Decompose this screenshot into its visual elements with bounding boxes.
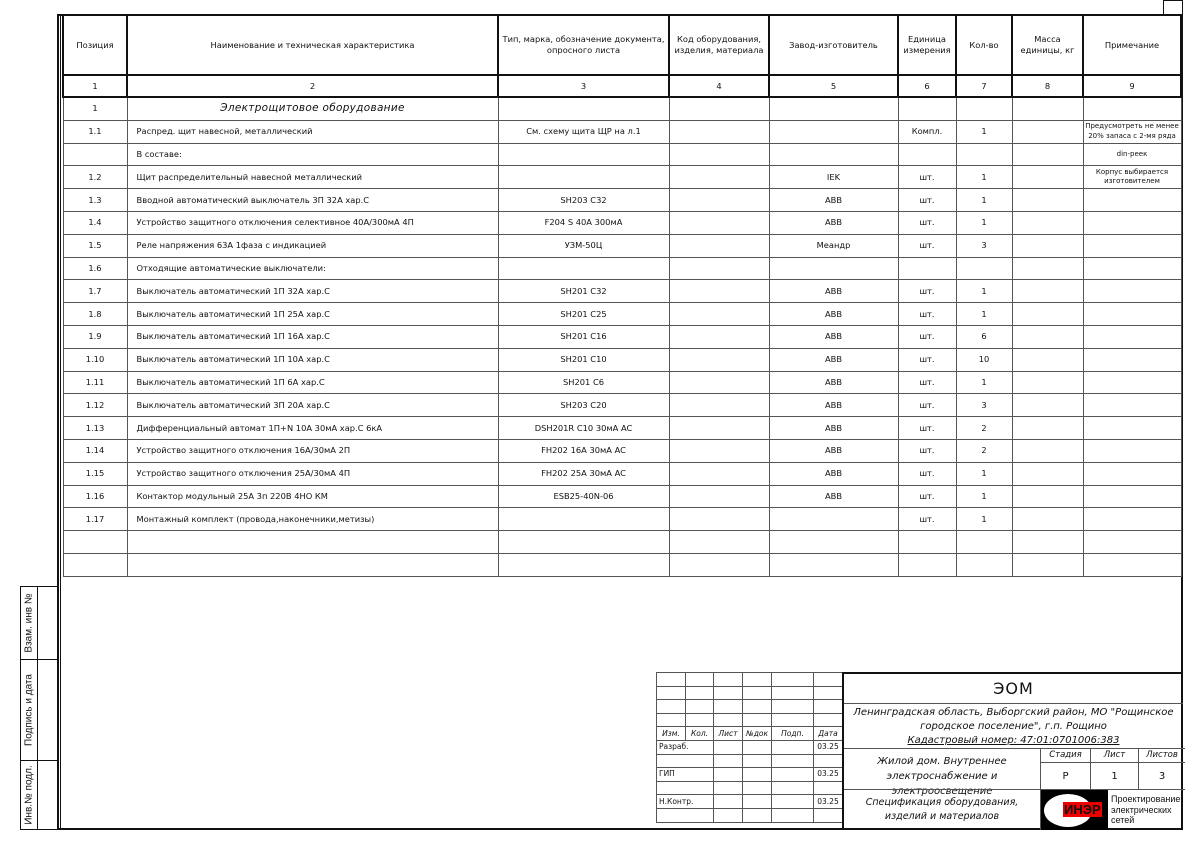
- note-cell: [1083, 325, 1181, 348]
- maker-cell: IEK: [769, 166, 898, 189]
- maker-cell: ABB: [769, 303, 898, 326]
- signature-cell: [772, 781, 814, 795]
- mass-cell: [1012, 234, 1083, 257]
- note-cell: [1083, 462, 1181, 485]
- name-cell: [127, 553, 498, 576]
- unit-cell: шт.: [898, 234, 956, 257]
- revision-cell: [686, 700, 714, 714]
- type-cell: SH203 C20: [498, 394, 669, 417]
- revision-cell: [772, 686, 814, 700]
- table-row: 1.2Щит распределительный навесной металл…: [63, 166, 1181, 189]
- type-cell: SH201 C16: [498, 325, 669, 348]
- column-header: Тип, марка, обозначение документа, опрос…: [498, 15, 669, 75]
- maker-cell: ABB: [769, 189, 898, 212]
- name-cell: Выключатель автоматический 1П 16А хар.С: [127, 325, 498, 348]
- type-cell: [498, 508, 669, 531]
- revision-cell: [686, 673, 714, 687]
- code-cell: [669, 97, 769, 120]
- mass-cell: [1012, 143, 1083, 166]
- note-cell: [1083, 439, 1181, 462]
- object-name: Жилой дом. Внутреннее электроснабжение и…: [844, 748, 1041, 789]
- note-cell: [1083, 234, 1181, 257]
- unit-cell: шт.: [898, 348, 956, 371]
- maker-cell: [769, 120, 898, 143]
- mass-cell: [1012, 485, 1083, 508]
- type-cell: [498, 143, 669, 166]
- note-cell: [1083, 485, 1181, 508]
- signature-cell: [743, 808, 772, 822]
- sheets-cell: Листов 3: [1139, 748, 1185, 789]
- mass-cell: [1012, 211, 1083, 234]
- maker-cell: ABB: [769, 280, 898, 303]
- position-cell: 1: [63, 97, 127, 120]
- type-cell: ESB25-40N-06: [498, 485, 669, 508]
- title-block: Изм.Кол.Лист№докПодп.ДатаРазраб.03.25ГИП…: [656, 672, 1183, 830]
- code-cell: [669, 531, 769, 554]
- type-cell: [498, 97, 669, 120]
- signature-cell: [743, 754, 772, 768]
- position-cell: 1.12: [63, 394, 127, 417]
- code-cell: [669, 394, 769, 417]
- unit-cell: [898, 553, 956, 576]
- stage-label: Стадия: [1041, 749, 1090, 763]
- code-cell: [669, 417, 769, 440]
- note-cell: [1083, 348, 1181, 371]
- signature-cell: [714, 740, 743, 754]
- name-cell: Выключатель автоматический 1П 25А хар.С: [127, 303, 498, 326]
- name-cell: Выключатель автоматический 1П 32А хар.С: [127, 280, 498, 303]
- note-cell: [1083, 97, 1181, 120]
- unit-cell: [898, 257, 956, 280]
- unit-cell: шт.: [898, 325, 956, 348]
- unit-cell: шт.: [898, 394, 956, 417]
- name-cell: Контактор модульный 25А 3п 220В 4НО КМ: [127, 485, 498, 508]
- quantity-cell: [956, 143, 1012, 166]
- mass-cell: [1012, 417, 1083, 440]
- signature-cell: [714, 781, 743, 795]
- column-header: Масса единицы, кг: [1012, 15, 1083, 75]
- column-number: 4: [669, 75, 769, 97]
- quantity-cell: 1: [956, 211, 1012, 234]
- revision-cell: [657, 700, 686, 714]
- company-description: Проектирование электрических сетей: [1108, 789, 1185, 830]
- stamp-label: Инв.№ подл.: [24, 765, 35, 825]
- code-cell: [669, 348, 769, 371]
- unit-cell: шт.: [898, 417, 956, 440]
- revision-cell: [686, 686, 714, 700]
- type-cell: УЗМ-50Ц: [498, 234, 669, 257]
- column-number: 8: [1012, 75, 1083, 97]
- type-cell: FH202 16A 30мА AC: [498, 439, 669, 462]
- code-cell: [669, 303, 769, 326]
- revision-cell: [714, 686, 743, 700]
- quantity-cell: [956, 531, 1012, 554]
- quantity-cell: 1: [956, 166, 1012, 189]
- code-cell: [669, 120, 769, 143]
- type-cell: SH201 C6: [498, 371, 669, 394]
- note-cell: [1083, 531, 1181, 554]
- type-cell: SH201 C10: [498, 348, 669, 371]
- signature-date: 03.25: [814, 768, 843, 782]
- unit-cell: шт.: [898, 462, 956, 485]
- maker-cell: [769, 143, 898, 166]
- type-cell: SH201 C25: [498, 303, 669, 326]
- type-cell: SH203 C32: [498, 189, 669, 212]
- unit-cell: шт.: [898, 166, 956, 189]
- document-line: Спецификация оборудования,: [844, 796, 1040, 810]
- column-number: 6: [898, 75, 956, 97]
- object-line: Жилой дом. Внутреннее: [844, 754, 1040, 769]
- mass-cell: [1012, 257, 1083, 280]
- maker-cell: ABB: [769, 485, 898, 508]
- column-header: Наименование и техническая характеристик…: [127, 15, 498, 75]
- mass-cell: [1012, 280, 1083, 303]
- stamp-original-inv: Инв.№ подл.: [20, 760, 58, 830]
- revision-cell: [657, 686, 686, 700]
- quantity-cell: [956, 257, 1012, 280]
- note-cell: [1083, 211, 1181, 234]
- quantity-cell: 1: [956, 189, 1012, 212]
- code-cell: [669, 211, 769, 234]
- maker-cell: ABB: [769, 394, 898, 417]
- sheets-value: 3: [1139, 763, 1185, 790]
- signature-role: [657, 781, 714, 795]
- revision-cell: [714, 673, 743, 687]
- mass-cell: [1012, 348, 1083, 371]
- revision-cell: [814, 713, 843, 727]
- revision-cell: [686, 713, 714, 727]
- position-cell: 1.9: [63, 325, 127, 348]
- document-line: изделий и материалов: [844, 810, 1040, 824]
- mass-cell: [1012, 531, 1083, 554]
- quantity-cell: 10: [956, 348, 1012, 371]
- maker-cell: ABB: [769, 325, 898, 348]
- mass-cell: [1012, 120, 1083, 143]
- quantity-cell: 1: [956, 508, 1012, 531]
- signature-cell: [714, 754, 743, 768]
- maker-cell: ABB: [769, 211, 898, 234]
- name-cell: Выключатель автоматический 1П 6А хар.С: [127, 371, 498, 394]
- signature-role: Н.Контр.: [657, 795, 714, 809]
- position-cell: 1.17: [63, 508, 127, 531]
- note-cell: [1083, 257, 1181, 280]
- signature-role: [657, 754, 714, 768]
- table-row: 1.5Реле напряжения 63А 1фаза с индикацие…: [63, 234, 1181, 257]
- code-cell: [669, 166, 769, 189]
- table-row: 1.4Устройство защитного отключения селек…: [63, 211, 1181, 234]
- signature-cell: [714, 768, 743, 782]
- revision-cell: [814, 700, 843, 714]
- mass-cell: [1012, 394, 1083, 417]
- column-number: 2: [127, 75, 498, 97]
- signature-cell: [772, 740, 814, 754]
- name-cell: Монтажный комплект (провода,наконечники,…: [127, 508, 498, 531]
- signature-role: Разраб.: [657, 740, 714, 754]
- position-cell: 1.3: [63, 189, 127, 212]
- column-header: Код оборудования, изделия, материала: [669, 15, 769, 75]
- position-cell: [63, 143, 127, 166]
- maker-cell: [769, 97, 898, 120]
- signature-cell: [714, 795, 743, 809]
- revision-cell: [714, 713, 743, 727]
- quantity-cell: 1: [956, 120, 1012, 143]
- note-cell: [1083, 189, 1181, 212]
- table-row: 1.8Выключатель автоматический 1П 25А хар…: [63, 303, 1181, 326]
- name-cell: Реле напряжения 63А 1фаза с индикацией: [127, 234, 498, 257]
- position-cell: 1.15: [63, 462, 127, 485]
- signature-date: [814, 781, 843, 795]
- code-cell: [669, 143, 769, 166]
- revision-header: №док: [743, 727, 772, 741]
- revision-cell: [772, 673, 814, 687]
- code-cell: [669, 462, 769, 485]
- revision-header: Кол.: [686, 727, 714, 741]
- stage-cell: Стадия Р: [1041, 748, 1091, 789]
- frame-inner-line: [60, 14, 61, 830]
- position-cell: 1.2: [63, 166, 127, 189]
- unit-cell: шт.: [898, 485, 956, 508]
- corner-box: [1163, 0, 1183, 14]
- table-row: 1.9Выключатель автоматический 1П 16А хар…: [63, 325, 1181, 348]
- signature-cell: [743, 795, 772, 809]
- type-cell: SH201 C32: [498, 280, 669, 303]
- table-row: 1.3Вводной автоматический выключатель 3П…: [63, 189, 1181, 212]
- signature-date: 03.25: [814, 740, 843, 754]
- type-cell: DSH201R C10 30мА AC: [498, 417, 669, 440]
- firm-line: сетей: [1111, 815, 1185, 826]
- revision-cell: [714, 700, 743, 714]
- maker-cell: ABB: [769, 371, 898, 394]
- column-number: 3: [498, 75, 669, 97]
- signature-cell: [714, 808, 743, 822]
- revision-cell: [772, 700, 814, 714]
- note-cell: [1083, 417, 1181, 440]
- name-cell: Щит распределительный навесной металличе…: [127, 166, 498, 189]
- sheet-cell: Лист 1: [1091, 748, 1139, 789]
- revision-cell: [814, 686, 843, 700]
- address-line: Ленинградская область, Выборгский район,…: [844, 706, 1183, 720]
- code-cell: [669, 485, 769, 508]
- mass-cell: [1012, 166, 1083, 189]
- note-cell: [1083, 553, 1181, 576]
- position-cell: 1.1: [63, 120, 127, 143]
- table-row: 1.10Выключатель автоматический 1П 10А ха…: [63, 348, 1181, 371]
- stamp-replacement-inv: Взам. инв №: [20, 586, 58, 660]
- revision-cell: [657, 673, 686, 687]
- quantity-cell: 2: [956, 417, 1012, 440]
- table-row: 1.15Устройство защитного отключения 25А/…: [63, 462, 1181, 485]
- note-cell: [1083, 303, 1181, 326]
- code-cell: [669, 553, 769, 576]
- signature-cell: [772, 808, 814, 822]
- title-block-main: ЭОМ Ленинградская область, Выборгский ра…: [842, 672, 1183, 830]
- firm-line: электрических: [1111, 805, 1185, 816]
- signature-cell: [772, 754, 814, 768]
- revision-header: Подп.: [772, 727, 814, 741]
- position-cell: 1.14: [63, 439, 127, 462]
- revision-cell: [772, 713, 814, 727]
- table-row: 1.16Контактор модульный 25А 3п 220В 4НО …: [63, 485, 1181, 508]
- code-cell: [669, 189, 769, 212]
- column-header: Кол-во: [956, 15, 1012, 75]
- stage-value: Р: [1041, 763, 1090, 790]
- quantity-cell: 1: [956, 485, 1012, 508]
- type-cell: FH202 25A 30мА AC: [498, 462, 669, 485]
- mass-cell: [1012, 508, 1083, 531]
- logo-text: ИНЭР: [1063, 802, 1102, 817]
- maker-cell: [769, 553, 898, 576]
- project-address: Ленинградская область, Выборгский район,…: [844, 704, 1183, 748]
- note-cell: [1083, 508, 1181, 531]
- maker-cell: ABB: [769, 462, 898, 485]
- document-name: Спецификация оборудования, изделий и мат…: [844, 789, 1041, 830]
- name-cell: Распред. щит навесной, металлический: [127, 120, 498, 143]
- column-number-row: 123456789: [63, 75, 1181, 97]
- maker-cell: [769, 508, 898, 531]
- quantity-cell: 1: [956, 371, 1012, 394]
- quantity-cell: 1: [956, 462, 1012, 485]
- name-cell: Устройство защитного отключения 16А/30мА…: [127, 439, 498, 462]
- name-cell: Отходящие автоматические выключатели:: [127, 257, 498, 280]
- table-row: 1.7Выключатель автоматический 1П 32А хар…: [63, 280, 1181, 303]
- maker-cell: Меандр: [769, 234, 898, 257]
- mass-cell: [1012, 553, 1083, 576]
- unit-cell: [898, 143, 956, 166]
- revision-cell: [743, 700, 772, 714]
- quantity-cell: 6: [956, 325, 1012, 348]
- revision-cell: [743, 673, 772, 687]
- mass-cell: [1012, 325, 1083, 348]
- firm-line: Проектирование: [1111, 794, 1185, 805]
- signature-cell: [772, 795, 814, 809]
- maker-cell: [769, 257, 898, 280]
- note-cell: [1083, 394, 1181, 417]
- mass-cell: [1012, 189, 1083, 212]
- type-cell: [498, 531, 669, 554]
- table-row: 1Электрощитовое оборудование: [63, 97, 1181, 120]
- note-cell: din-реек: [1083, 143, 1181, 166]
- table-row: 1.11Выключатель автоматический 1П 6А хар…: [63, 371, 1181, 394]
- revision-cell: [743, 713, 772, 727]
- unit-cell: шт.: [898, 280, 956, 303]
- table-row: [63, 553, 1181, 576]
- note-cell: [1083, 280, 1181, 303]
- mass-cell: [1012, 371, 1083, 394]
- name-cell: Выключатель автоматический 3П 20А хар.С: [127, 394, 498, 417]
- unit-cell: [898, 531, 956, 554]
- type-cell: [498, 166, 669, 189]
- table-row: 1.17Монтажный комплект (провода,наконечн…: [63, 508, 1181, 531]
- revision-header: Лист: [714, 727, 743, 741]
- revision-grid: Изм.Кол.Лист№докПодп.ДатаРазраб.03.25ГИП…: [656, 672, 843, 823]
- revision-header: Дата: [814, 727, 843, 741]
- position-cell: 1.8: [63, 303, 127, 326]
- note-cell: Предусмотреть не менее 20% запаса с 2-мя…: [1083, 120, 1181, 143]
- type-cell: F204 S 40A 300мА: [498, 211, 669, 234]
- table-row: 1.6Отходящие автоматические выключатели:: [63, 257, 1181, 280]
- revision-cell: [814, 673, 843, 687]
- code-cell: [669, 234, 769, 257]
- table-row: 1.1Распред. щит навесной, металлическийС…: [63, 120, 1181, 143]
- signature-date: 03.25: [814, 795, 843, 809]
- code-cell: [669, 371, 769, 394]
- quantity-cell: 2: [956, 439, 1012, 462]
- sheet-value: 1: [1091, 763, 1138, 790]
- name-cell: Выключатель автоматический 1П 10А хар.С: [127, 348, 498, 371]
- signature-role: ГИП: [657, 768, 714, 782]
- type-cell: См. схему щита ЩР на л.1: [498, 120, 669, 143]
- name-cell: Устройство защитного отключения 25А/30мА…: [127, 462, 498, 485]
- quantity-cell: 3: [956, 394, 1012, 417]
- maker-cell: ABB: [769, 417, 898, 440]
- position-cell: 1.7: [63, 280, 127, 303]
- project-code: ЭОМ: [844, 674, 1183, 704]
- cadastral-number: Кадастровый номер: 47:01:0701006:383: [844, 734, 1183, 748]
- table-row: 1.14Устройство защитного отключения 16А/…: [63, 439, 1181, 462]
- code-cell: [669, 439, 769, 462]
- unit-cell: шт.: [898, 189, 956, 212]
- column-number: 5: [769, 75, 898, 97]
- name-cell: Дифференциальный автомат 1П+N 10А 30мА х…: [127, 417, 498, 440]
- specification-table: ПозицияНаименование и техническая характ…: [62, 14, 1182, 577]
- column-number: 1: [63, 75, 127, 97]
- signature-cell: [743, 781, 772, 795]
- type-cell: [498, 553, 669, 576]
- sheet-label: Лист: [1091, 749, 1138, 763]
- type-cell: [498, 257, 669, 280]
- mass-cell: [1012, 462, 1083, 485]
- code-cell: [669, 325, 769, 348]
- quantity-cell: 3: [956, 234, 1012, 257]
- quantity-cell: 1: [956, 280, 1012, 303]
- quantity-cell: 1: [956, 303, 1012, 326]
- unit-cell: Компл.: [898, 120, 956, 143]
- revision-cell: [657, 713, 686, 727]
- column-header: Примечание: [1083, 15, 1181, 75]
- unit-cell: шт.: [898, 211, 956, 234]
- stamp-label: Подпись и дата: [24, 674, 35, 746]
- position-cell: 1.16: [63, 485, 127, 508]
- name-cell: Электрощитовое оборудование: [127, 97, 498, 120]
- maker-cell: ABB: [769, 439, 898, 462]
- signature-cell: [772, 768, 814, 782]
- signature-cell: [743, 740, 772, 754]
- unit-cell: шт.: [898, 439, 956, 462]
- note-cell: Корпус выбирается изготовителем: [1083, 166, 1181, 189]
- name-cell: В составе:: [127, 143, 498, 166]
- column-header: Единица измерения: [898, 15, 956, 75]
- maker-cell: ABB: [769, 348, 898, 371]
- column-header: Позиция: [63, 15, 127, 75]
- quantity-cell: [956, 97, 1012, 120]
- stamp-label: Взам. инв №: [24, 593, 35, 652]
- column-number: 7: [956, 75, 1012, 97]
- unit-cell: шт.: [898, 371, 956, 394]
- address-line: городское поселение", г.п. Рощино: [844, 720, 1183, 734]
- company-logo: ИНЭР: [1041, 789, 1108, 830]
- position-cell: 1.4: [63, 211, 127, 234]
- column-header: Завод-изготовитель: [769, 15, 898, 75]
- position-cell: 1.10: [63, 348, 127, 371]
- mass-cell: [1012, 439, 1083, 462]
- name-cell: Вводной автоматический выключатель 3П 32…: [127, 189, 498, 212]
- position-cell: [63, 553, 127, 576]
- position-cell: 1.5: [63, 234, 127, 257]
- table-row: 1.12Выключатель автоматический 3П 20А ха…: [63, 394, 1181, 417]
- sheets-label: Листов: [1139, 749, 1185, 763]
- mass-cell: [1012, 97, 1083, 120]
- signature-date: [814, 808, 843, 822]
